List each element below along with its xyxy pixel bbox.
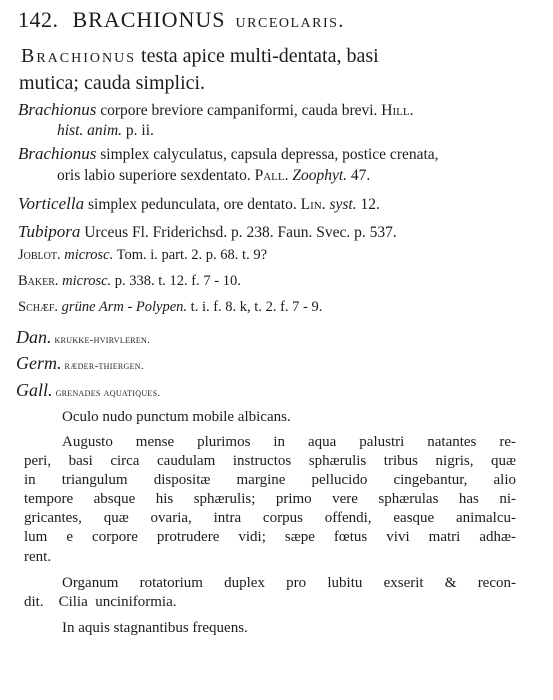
description-p2-line-7: rent. [24,549,51,566]
synonym-author: Joblot. [18,247,61,263]
synonym-hill: Brachionus corpore breviore campaniformi… [18,100,413,120]
description-p3-line-1: Organum rotatorium duplex pro lubitu exs… [62,575,516,592]
synonym-genus: Tubipora [18,222,80,241]
synonym-work: grüne Arm - Polypen. [58,299,187,315]
diagnosis-text: testa apice multi-dentata, basi [141,45,379,67]
vernacular-french: Gall. grenades aquatiques. [16,380,160,401]
synonym-text: corpore breviore campaniformi, cauda bre… [100,102,381,119]
synonym-ref: p. 338. t. 12. f. 7 - 10. [111,273,241,289]
synonym-author: Schæf. [18,299,58,315]
synonym-genus: Vorticella [18,194,84,213]
synonym-work: microsc. [61,247,114,263]
synonym-baker: Baker. microsc. p. 338. t. 12. f. 7 - 10… [18,273,241,290]
synonym-work: Zoophyt. [288,167,347,184]
document-page: 142. BRACHIONUS urceolaris. Brachionus t… [0,0,553,700]
vernacular-lang: Germ. [16,353,62,373]
vernacular-lang: Gall. [16,380,53,400]
synonym-text: oris labio superiore sexdentato. [57,167,255,184]
vernacular-name: grenades aquatiques. [53,387,161,399]
vernacular-name: ræder-thiergen. [62,360,144,372]
synonym-joblot: Joblot. microsc. Tom. i. part. 2. p. 68.… [18,247,267,264]
synonym-hill-cont: hist. anim. p. ii. [57,122,154,140]
synonym-ref: 12. [357,196,380,213]
vernacular-german: Germ. ræder-thiergen. [16,353,144,374]
synonym-ref: 47. [347,167,370,184]
description-paragraph-1: Oculo nudo punctum mobile albicans. [62,409,291,426]
synonym-pallas-cont: oris labio superiore sexdentato. Pall. Z… [57,167,370,185]
description-p2-line-1: Augusto mense plurimos in aqua palustri … [62,434,516,451]
synonym-work: microsc. [59,273,112,289]
synonym-text: simplex calyculatus, capsula depressa, p… [100,146,438,163]
synonym-pallas: Brachionus simplex calyculatus, capsula … [18,144,439,164]
synonym-author: Hill. [381,102,413,119]
entry-heading: 142. BRACHIONUS urceolaris. [18,7,345,33]
species-name: urceolaris. [236,10,345,32]
genus-name: BRACHIONUS [73,7,226,32]
description-p2-line-4: tempore absque his sphærulis; primo vere… [24,491,516,508]
synonym-ref: t. i. f. 8. k, t. 2. f. 7 - 9. [187,299,322,315]
description-paragraph-4: In aquis stagnantibus frequens. [62,620,248,637]
description-p2-line-3: in triangulum dispositæ margine pellucid… [24,472,516,489]
description-p2-line-2: peri, basi circa caudulam instructos sph… [24,453,516,470]
diagnosis-lead: Brachionus [21,45,136,67]
synonym-tubipora: Tubipora Urceus Fl. Friderichsd. p. 238.… [18,222,397,242]
synonym-linnaeus: Vorticella simplex pedunculata, ore dent… [18,194,380,214]
synonym-text: simplex pedunculata, ore dentato. [88,196,301,213]
synonym-work: hist. anim. [57,122,122,139]
diagnosis-line-2: mutica; cauda simplici. [19,72,205,95]
synonym-ref: p. ii. [122,122,154,139]
synonym-author: Lin. [301,196,326,213]
synonym-author: Baker. [18,273,59,289]
synonym-text: Urceus Fl. Friderichsd. p. 238. Faun. Sv… [84,224,397,241]
synonym-work: syst. [326,196,357,213]
synonym-author: Pall. [255,167,289,184]
entry-number: 142. [18,7,59,32]
vernacular-lang: Dan. [16,327,52,347]
diagnosis-line-1: Brachionus testa apice multi-dentata, ba… [21,45,379,68]
vernacular-danish: Dan. krukke-hvirvleren. [16,327,150,348]
description-p2-line-6: lum e corpore protrudere vidi; sæpe fœtu… [24,529,516,546]
vernacular-name: krukke-hvirvleren. [52,334,151,346]
synonym-schaeffer: Schæf. grüne Arm - Polypen. t. i. f. 8. … [18,299,322,316]
description-p2-line-5: gricantes, quæ ovaria, intra corpus offe… [24,510,516,527]
synonym-ref: Tom. i. part. 2. p. 68. t. 9? [113,247,267,263]
synonym-genus: Brachionus [18,144,96,163]
description-p3-line-2: dit. Cilia unciniformia. [24,594,176,611]
synonym-genus: Brachionus [18,100,96,119]
